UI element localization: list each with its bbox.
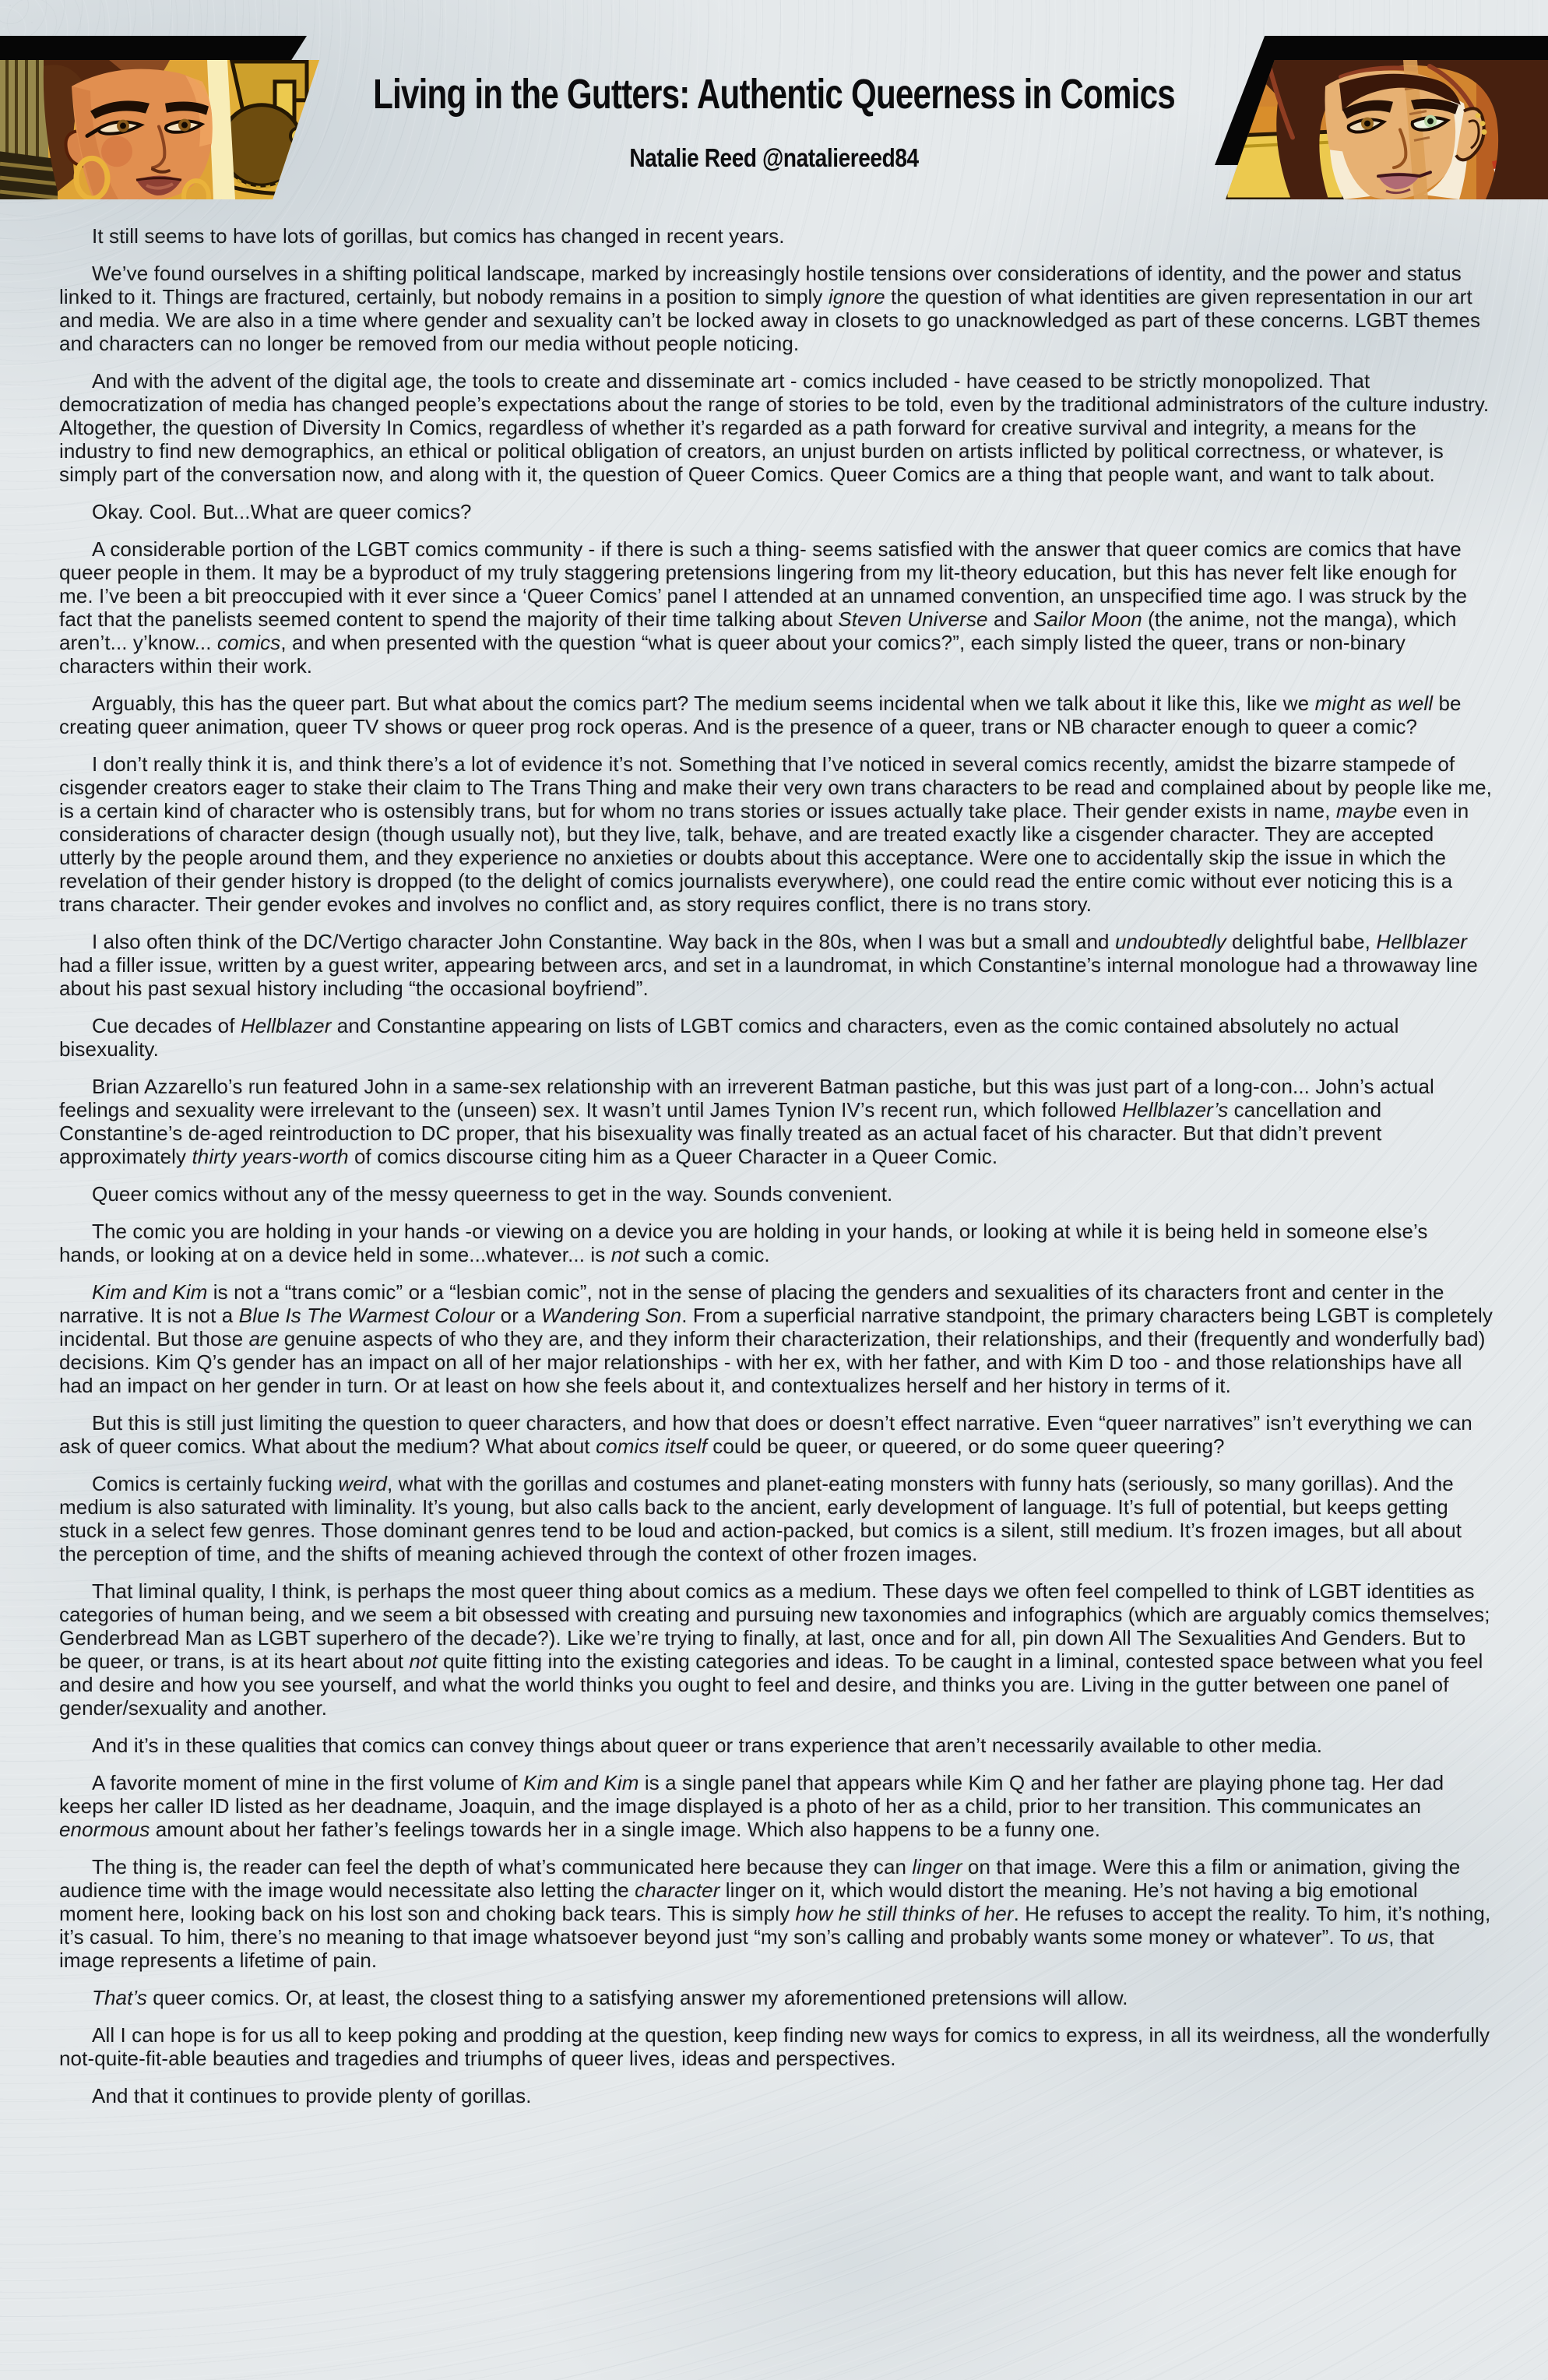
paragraph: I also often think of the DC/Vertigo cha…	[59, 930, 1493, 1000]
page-title: Living in the Gutters: Authentic Queerne…	[171, 73, 1378, 115]
paragraph: Cue decades of Hellblazer and Constantin…	[59, 1014, 1493, 1061]
paragraph: Kim and Kim is not a “trans comic” or a …	[59, 1280, 1493, 1397]
paragraph: Okay. Cool. But...What are queer comics?	[59, 500, 1493, 523]
comic-essay-page: Living in the Gutters: Authentic Queerne…	[0, 0, 1548, 2380]
paragraph: And with the advent of the digital age, …	[59, 369, 1493, 486]
paragraph: A considerable portion of the LGBT comic…	[59, 537, 1493, 678]
paragraph: I don’t really think it is, and think th…	[59, 752, 1493, 916]
paragraph: Comics is certainly fucking weird, what …	[59, 1472, 1493, 1565]
paragraph: Brian Azzarello’s run featured John in a…	[59, 1075, 1493, 1168]
paragraph: Queer comics without any of the messy qu…	[59, 1182, 1493, 1206]
byline: Natalie Reed @nataliereed84	[116, 145, 1432, 171]
paragraph: And it’s in these qualities that comics …	[59, 1734, 1493, 1757]
paragraph: But this is still just limiting the ques…	[59, 1411, 1493, 1458]
paragraph: We’ve found ourselves in a shifting poli…	[59, 262, 1493, 355]
paragraph: All I can hope is for us all to keep pok…	[59, 2023, 1493, 2070]
paragraph: That’s queer comics. Or, at least, the c…	[59, 1986, 1493, 2009]
header: Living in the Gutters: Authentic Queerne…	[0, 0, 1548, 210]
paragraph: It still seems to have lots of gorillas,…	[59, 224, 1493, 248]
paragraph: The thing is, the reader can feel the de…	[59, 1855, 1493, 1972]
paragraph: And that it continues to provide plenty …	[59, 2084, 1493, 2107]
paragraph: A favorite moment of mine in the first v…	[59, 1771, 1493, 1841]
paragraph: Arguably, this has the queer part. But w…	[59, 692, 1493, 738]
paragraph: That liminal quality, I think, is perhap…	[59, 1579, 1493, 1720]
paragraph: The comic you are holding in your hands …	[59, 1220, 1493, 1266]
article-body: It still seems to have lots of gorillas,…	[0, 224, 1548, 2121]
